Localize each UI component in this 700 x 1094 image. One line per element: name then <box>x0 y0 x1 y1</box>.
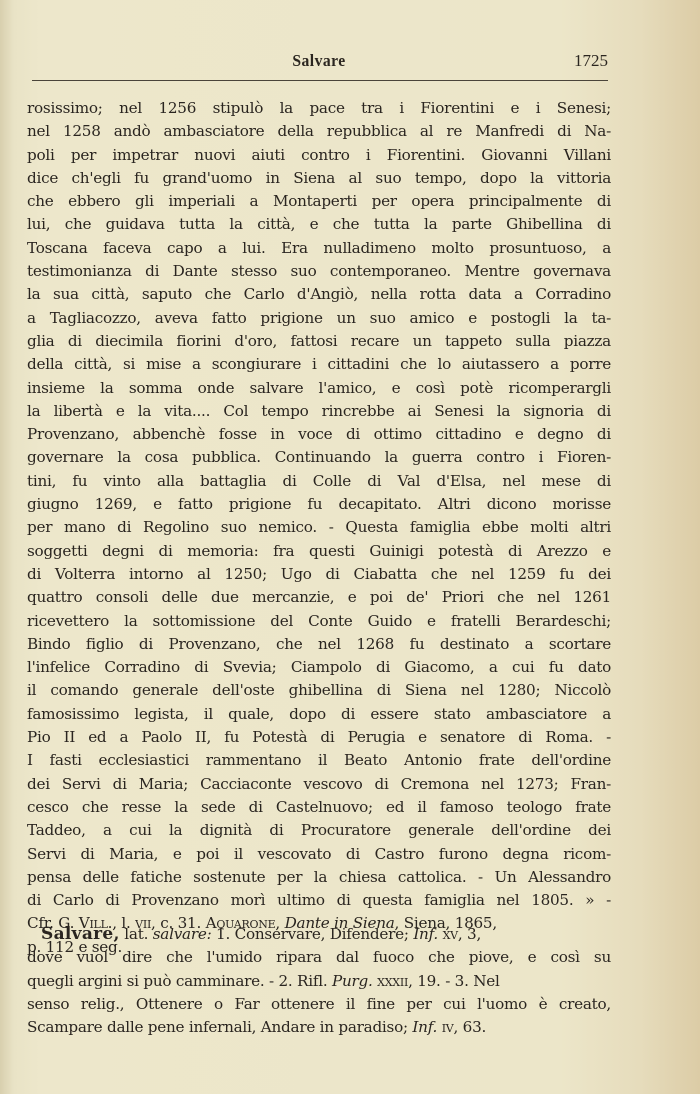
text-line: nel 1258 andò ambasciatore della repubbl… <box>27 120 611 143</box>
text-line: di Carlo di Provenzano morì ultimo di qu… <box>27 889 611 912</box>
text-line: la sua città, saputo che Carlo d'Angiò, … <box>27 283 611 306</box>
text-line: il comando generale dell'oste ghibellina… <box>27 679 611 702</box>
text-line: quattro consoli delle due mercanzie, e p… <box>27 586 611 609</box>
text-line: di Volterra intorno al 1250; Ugo di Ciab… <box>27 563 611 586</box>
text-line: Servi di Maria, e poi il vescovato di Ca… <box>27 843 611 866</box>
entry-lat-label: lat. <box>120 925 153 943</box>
entry-headword: Salvare, <box>41 924 120 944</box>
text-line: cesco che resse la sede di Castelnuovo; … <box>27 796 611 819</box>
text-line: tini, fu vinto alla battaglia di Colle d… <box>27 470 611 493</box>
entry-ref-canto: xv <box>438 925 458 943</box>
text-line: la libertà e la vita.... Col tempo rincr… <box>27 400 611 423</box>
dictionary-entry-salvare: Salvare, lat. salvare: 1. Conservare, Di… <box>27 923 611 1039</box>
text-line: per mano di Regolino suo nemico. - Quest… <box>27 516 611 539</box>
text-line: dei Servi di Maria; Cacciaconte vescovo … <box>27 773 611 796</box>
entry-ref-work: Inf. <box>412 1018 437 1036</box>
text-line: famosissimo legista, il quale, dopo di e… <box>27 703 611 726</box>
text-line: dice ch'egli fu grand'uomo in Siena al s… <box>27 167 611 190</box>
text-line: lui, che guidava tutta la città, e che t… <box>27 213 611 236</box>
text-line: Provenzano, abbenchè fosse in voce di ot… <box>27 423 611 446</box>
text-line: Pio II ed a Paolo II, fu Potestà di Peru… <box>27 726 611 749</box>
entry-line-5-tail: , 63. <box>454 1018 487 1036</box>
text-line: Toscana faceva capo a lui. Era nulladime… <box>27 237 611 260</box>
dictionary-page: Salvare 1725 rosissimo; nel 1256 stipulò… <box>0 0 700 1094</box>
text-line: pensa delle fatiche sostenute per la chi… <box>27 866 611 889</box>
text-line: insieme la somma onde salvare l'amico, e… <box>27 377 611 400</box>
text-line: soggetti degni di memoria: fra questi Gu… <box>27 540 611 563</box>
text-line: l'infelice Corradino di Svevia; Ciampolo… <box>27 656 611 679</box>
entry-latin-word: salvare: <box>153 925 212 943</box>
text-line: glia di diecimila fiorini d'oro, fattosi… <box>27 330 611 353</box>
entry-line-5: Scampare dalle pene infernali, Andare in… <box>27 1016 611 1039</box>
entry-ref-work: Inf. <box>413 925 438 943</box>
text-line: Bindo figlio di Provenzano, che nel 1268… <box>27 633 611 656</box>
text-line: testimonianza di Dante stesso suo contem… <box>27 260 611 283</box>
header-rule <box>32 80 608 81</box>
text-line: I fasti ecclesiastici rammentano il Beat… <box>27 749 611 772</box>
entry-ref-canto: iv <box>437 1018 453 1036</box>
text-line: rosissimo; nel 1256 stipulò la pace tra … <box>27 97 611 120</box>
page-number: 1725 <box>574 51 608 71</box>
entry-ref-canto: xxxii <box>373 972 409 990</box>
entry-ref-work: Purg. <box>332 972 373 990</box>
continuation-text: rosissimo; nel 1256 stipulò la pace tra … <box>27 97 611 959</box>
entry-definition-1: 1. Conservare, Difendere; <box>211 925 413 943</box>
entry-line-5-text: Scampare dalle pene infernali, Andare in… <box>27 1018 412 1036</box>
text-line: governare la cosa pubblica. Continuando … <box>27 446 611 469</box>
text-line: giugno 1269, e fatto prigione fu decapit… <box>27 493 611 516</box>
text-line: della città, si mise a scongiurare i cit… <box>27 353 611 376</box>
text-line: a Tagliacozzo, aveva fatto prigione un s… <box>27 307 611 330</box>
entry-line-3: quegli argini si può camminare. - 2. Rif… <box>27 970 611 993</box>
running-head: Salvare 1725 <box>30 51 608 73</box>
running-title: Salvare <box>53 51 585 71</box>
text-line: poli per impetrar nuovi aiuti contro i F… <box>27 144 611 167</box>
entry-line-4: senso relig., Ottenere o Far ottenere il… <box>27 993 611 1016</box>
entry-line-3-tail: , 19. - 3. Nel <box>408 972 500 990</box>
entry-line-3-text: quegli argini si può camminare. - 2. Rif… <box>27 972 332 990</box>
text-line: che ebbero gli imperiali a Montaperti pe… <box>27 190 611 213</box>
text-line: Taddeo, a cui la dignità di Procuratore … <box>27 819 611 842</box>
entry-line-2: dove vuol dire che l'umido ripara dal fu… <box>27 946 611 969</box>
text-line: ricevettero la sottomissione del Conte G… <box>27 610 611 633</box>
entry-ref-verse: , 3, <box>458 925 481 943</box>
entry-line-1: Salvare, lat. salvare: 1. Conservare, Di… <box>27 923 625 946</box>
